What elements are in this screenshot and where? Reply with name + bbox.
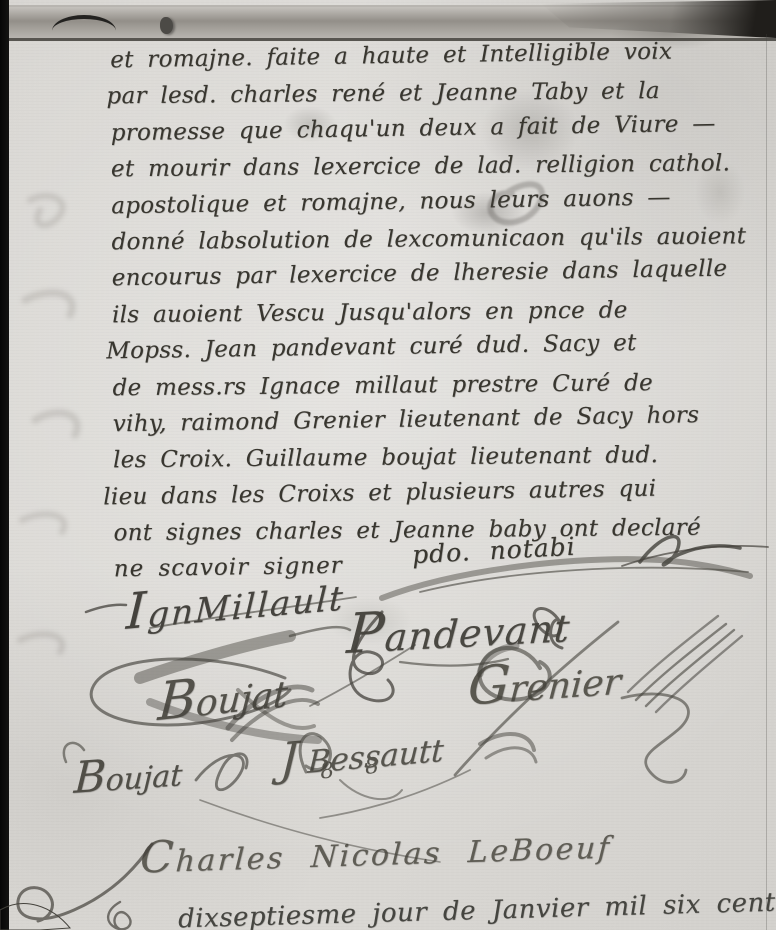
signature-grenier: Grenier [466,646,623,717]
binding-arc-mark [52,15,116,47]
signature-boujat-second: Boujat [73,746,184,804]
binding-ink-blob [160,17,173,34]
manuscript-body: et romajne. faite a haute et Intelligibl… [110,38,774,588]
scanned-register-page: et romajne. faite a haute et Intelligibl… [0,0,776,930]
book-edge-left [0,0,9,930]
